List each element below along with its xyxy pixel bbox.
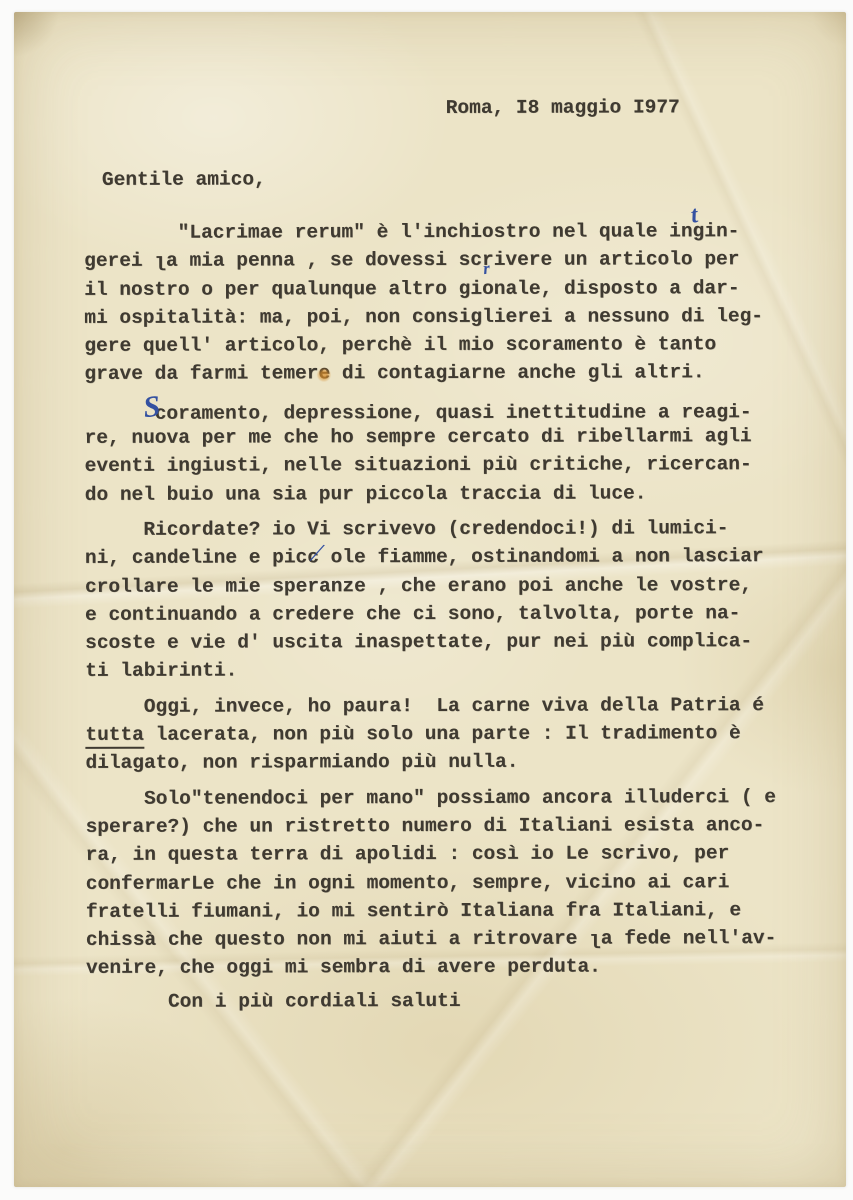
typed-text: mi ospitalità: ma, poi, non consiglierei…: [84, 305, 763, 329]
scanned-letter-page: Roma, I8 maggio I977 Gentile amico, "Lac…: [0, 0, 853, 1200]
typed-line: il nostro o per qualunque altro giornale…: [84, 274, 824, 304]
typed-text: dilagato, non risparmiando più nulla.: [85, 751, 518, 774]
typed-line: e continuando a credere che ci sono, tal…: [85, 599, 825, 629]
underlined-word: tutta: [85, 724, 144, 749]
typed-text: do nel buio una sia pur piccola traccia …: [85, 482, 647, 505]
typed-text: gere quell' articolo, perchè il mio scor…: [84, 333, 716, 357]
typed-text: Solo"tenendoci per mano" possiamo ancora…: [85, 786, 775, 810]
typed-text: chissà che questo non mi aiuti a ritrova…: [86, 928, 589, 951]
typed-text: venire, che oggi mi sembra di avere perd…: [86, 956, 601, 979]
letter-content: Roma, I8 maggio I977 Gentile amico, "Lac…: [12, 11, 847, 1188]
dropped-letter: l: [154, 251, 166, 279]
typed-line: crollare le mie speranze , che erano poi…: [85, 571, 825, 601]
typed-line: confermarLe che in ogni momento, sempre,…: [86, 867, 826, 897]
typed-text: e continuando a credere che ci sono, tal…: [85, 602, 740, 626]
typed-line: venire, che oggi mi sembra di avere perd…: [86, 952, 826, 982]
typed-text: il nostro o per qualunque altro gi: [84, 277, 482, 300]
typed-line: Oggi, invece, ho paura! La carne viva de…: [85, 691, 825, 721]
typed-line: ra, in questa terra di apolidi : così io…: [86, 839, 826, 869]
paragraph: Scoramento, depressione, quasi inettitud…: [84, 394, 824, 509]
typed-line: "Lacrimae rerum" è l'inchiostro nel qual…: [84, 217, 824, 247]
typed-text: [84, 403, 143, 425]
typed-line: Ricordate? io Vi scrivevo (credendoci!) …: [85, 514, 825, 544]
typed-text: lacerata, non più solo una parte : Il tr…: [144, 722, 741, 746]
correction-site: or: [482, 274, 494, 302]
dropped-letter: l: [589, 929, 601, 957]
stained-character: e: [318, 363, 330, 385]
typed-text: ti labirinti.: [85, 660, 237, 682]
letter-body: "Lacrimae rerum" è l'inchiostro nel qual…: [84, 217, 826, 990]
typed-line: eventi ingiusti, nelle situazioni più cr…: [85, 450, 825, 480]
paragraph: Oggi, invece, ho paura! La carne viva de…: [85, 691, 825, 778]
typed-line: Scoramento, depressione, quasi inettitud…: [84, 394, 824, 424]
typed-text: gerei: [84, 250, 154, 272]
typed-text: crollare le mie speranze , che erano poi…: [85, 574, 752, 598]
paragraph: Solo"tenendoci per mano" possiamo ancora…: [85, 783, 826, 983]
handwritten-initial: S: [142, 393, 157, 422]
paragraph: "Lacrimae rerum" è l'inchiostro nel qual…: [84, 217, 824, 389]
typed-line: mi ospitalità: ma, poi, non consiglierei…: [84, 302, 824, 332]
typed-line: ni, candeline e picc ∕ole fiamme, ostina…: [85, 542, 825, 572]
typed-line: gerei la mia penna , se dovessi scrivere…: [84, 245, 824, 275]
correction-site: ∕: [319, 544, 331, 572]
typed-line: re, nuova per me che ho sempre cercato d…: [85, 422, 825, 452]
typed-text: "Lacrimae rerum" è l'inchiostro nel qual…: [84, 220, 693, 244]
typed-text: Oggi, invece, ho paura! La carne viva de…: [85, 694, 764, 718]
letter-salutation: Gentile amico,: [102, 168, 266, 190]
typed-text: ra, in questa terra di apolidi : così io…: [86, 842, 730, 866]
typed-text: grave da farmi temer: [84, 363, 318, 386]
typed-text: ole fiamme, ostinandomi a non lasciar: [331, 545, 764, 568]
typed-line: fratelli fiumani, io mi sentirò Italiana…: [86, 896, 826, 926]
typed-line: tutta lacerata, non più solo una parte :…: [85, 719, 825, 749]
letter-closing: Con i più cordiali saluti: [86, 990, 461, 1013]
typed-line: sperare?) che un ristretto numero di Ita…: [86, 811, 826, 841]
typed-text: re, nuova per me che ho sempre cercato d…: [85, 425, 752, 449]
typed-text: eventi ingiusti, nelle situazioni più cr…: [85, 454, 752, 478]
correction-site: gt: [693, 217, 705, 245]
letter-date: Roma, I8 maggio I977: [446, 96, 680, 119]
handwritten-r-correction: r: [482, 259, 490, 277]
typed-line: ti labirinti.: [85, 655, 825, 685]
typed-text: di contagiarne anche gli altri.: [330, 362, 705, 385]
typed-text: a mia penna , se dovessi scrivere un art…: [166, 248, 739, 272]
typed-text: Ricordate? io Vi scrivevo (credendoci!) …: [85, 517, 729, 541]
typed-text: sperare?) che un ristretto numero di Ita…: [86, 814, 765, 838]
typed-line: chissà che questo non mi aiuti a ritrova…: [86, 924, 826, 954]
typed-line: scoste e vie d' uscita inaspettate, pur …: [85, 627, 825, 657]
typed-text: coramento, depressione, quasi inettitudi…: [155, 401, 752, 425]
typed-text: a fede nell'av-: [601, 927, 777, 949]
typed-text: ni, candeline e picc: [85, 547, 319, 570]
paragraph: Ricordate? io Vi scrivevo (credendoci!) …: [85, 514, 825, 686]
typed-text: [319, 547, 331, 569]
typed-line: do nel buio una sia pur piccola traccia …: [85, 479, 825, 509]
typed-text: scoste e vie d' uscita inaspettate, pur …: [85, 630, 752, 654]
typed-text: fratelli fiumani, io mi sentirò Italiana…: [86, 899, 741, 923]
typed-line: dilagato, non risparmiando più nulla.: [85, 747, 825, 777]
typed-line: Solo"tenendoci per mano" possiamo ancora…: [85, 783, 825, 813]
typed-text: in-: [704, 220, 739, 242]
typed-text: confermarLe che in ogni momento, sempre,…: [86, 871, 730, 895]
typed-line: grave da farmi temere di contagiarne anc…: [84, 358, 824, 388]
typed-line: gere quell' articolo, perchè il mio scor…: [84, 330, 824, 360]
typed-text: o: [482, 277, 494, 299]
typed-text: nale, disposto a dar-: [494, 277, 740, 300]
